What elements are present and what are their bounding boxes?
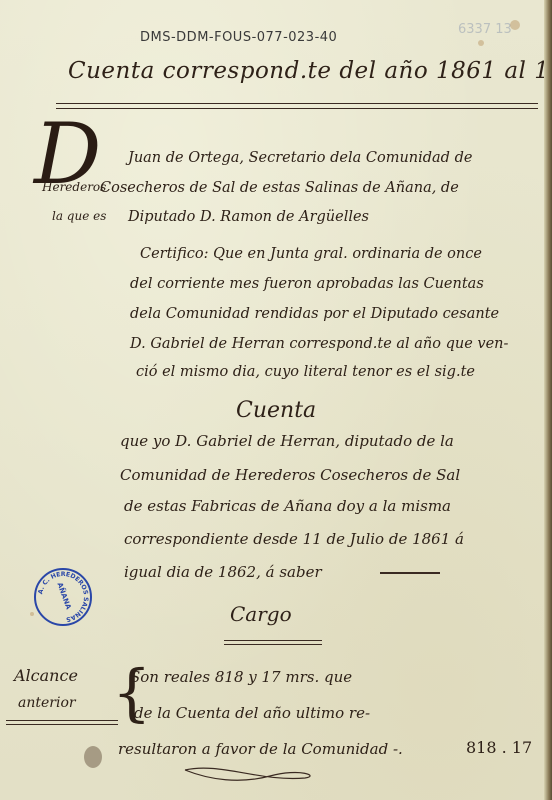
subheading-cargo: Cargo — [230, 602, 292, 626]
document-title: Cuenta correspond.te del año 1861 al 186… — [68, 58, 552, 84]
cargo-label-line-1: Alcance — [14, 666, 78, 685]
cargo-text-line-1: Son reales 818 y 17 mrs. que — [130, 668, 352, 686]
certification-line-2: del corriente mes fueron aprobadas las C… — [130, 276, 484, 292]
cargo-underline — [224, 640, 322, 641]
closing-flourish-icon — [180, 762, 320, 792]
title-underline-2 — [56, 108, 538, 109]
certification-line-3: dela Comunidad rendidas por el Diputado … — [130, 306, 499, 322]
institution-stamp: A. C. HEREDEROS SALINAS AÑANA — [34, 568, 92, 626]
account-line-4: correspondiente desde 11 de Julio de 186… — [124, 530, 464, 548]
certification-line-1: Certifico: Que en Junta gral. ordinaria … — [140, 246, 482, 262]
foxing-spot — [510, 20, 520, 30]
cargo-amount: 818 . 17 — [466, 738, 532, 757]
section-heading: Cuenta — [236, 398, 316, 423]
manuscript-page: 6337 13 DMS-DDM-FOUS-077-023-40 Cuenta c… — [0, 0, 546, 800]
account-line-1: que yo D. Gabriel de Herran, diputado de… — [120, 432, 454, 450]
account-line-2: Comunidad de Herederos Cosecheros de Sal — [120, 466, 460, 484]
account-line-5: igual dia de 1862, á saber — [124, 563, 322, 581]
cargo-underline-2 — [224, 644, 322, 645]
cargo-text-line-2: de la Cuenta del año ultimo re- — [134, 704, 370, 722]
page-edge — [544, 0, 552, 800]
ink-blot — [84, 746, 102, 768]
title-underline — [56, 103, 538, 104]
certification-line-4: D. Gabriel de Herran correspond.te al añ… — [130, 336, 508, 352]
cargo-label-line-2: anterior — [18, 695, 76, 711]
intro-line-2: Cosecheros de Sal de estas Salinas de Añ… — [100, 180, 459, 196]
intro-line-3: Diputado D. Ramon de Argüelles — [128, 209, 369, 225]
label-underline — [6, 720, 118, 721]
intro-line-1: Juan de Ortega, Secretario dela Comunida… — [128, 150, 472, 166]
flourish-stroke — [380, 572, 440, 574]
label-underline-2 — [6, 724, 118, 725]
foxing-spot — [30, 612, 34, 616]
margin-note-line-1: Herederos — [42, 180, 106, 194]
foxing-spot — [478, 40, 484, 46]
archive-code: DMS-DDM-FOUS-077-023-40 — [140, 30, 337, 45]
cargo-text-line-3: resultaron a favor de la Comunidad -. — [118, 740, 403, 758]
faint-corner-number: 6337 13 — [458, 22, 512, 37]
margin-note-line-2: la que es — [52, 209, 106, 223]
account-line-3: de estas Fabricas de Añana doy a la mism… — [124, 497, 451, 515]
certification-line-5: ció el mismo dia, cuyo literal tenor es … — [136, 364, 475, 380]
